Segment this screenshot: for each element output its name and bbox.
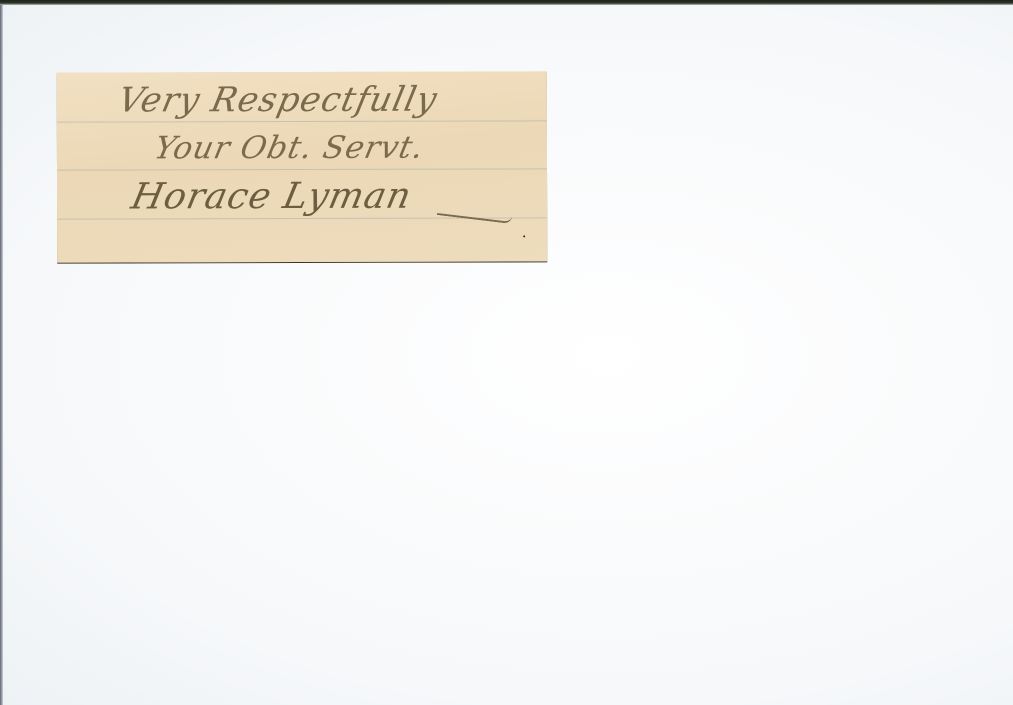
ruled-line (57, 120, 547, 122)
autograph-clipping: Very Respectfully Your Obt. Servt. Horac… (57, 71, 547, 262)
signature: Horace Lyman (128, 176, 416, 218)
scan-left-edge (0, 5, 3, 705)
ruled-line (57, 168, 547, 170)
ink-speck (523, 235, 525, 237)
closing-line: Very Respectfully (115, 80, 441, 121)
servant-line: Your Obt. Servt. (151, 130, 427, 167)
scan-top-edge (0, 0, 1013, 5)
signature-flourish (437, 207, 512, 224)
